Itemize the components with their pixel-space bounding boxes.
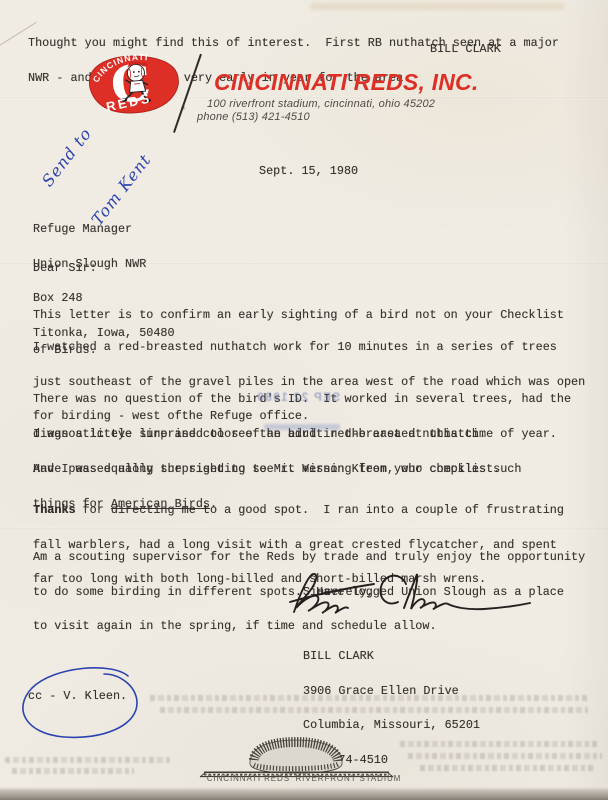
stamp-smudge: [264, 424, 340, 430]
scan-edge-bottom: [0, 787, 608, 800]
stadium-caption: CINCINNATI REDS' RIVERFRONT STADIUM: [204, 774, 404, 783]
sender-line: BILL CLARK: [303, 651, 480, 663]
handwritten-signature: [288, 566, 536, 624]
bleedthrough-text: [420, 765, 595, 771]
bleedthrough-text: [160, 707, 588, 713]
company-phone: phone (513) 421-4510: [197, 111, 310, 123]
reds-logo-icon: C CINCINNATI REDS ®: [82, 49, 187, 121]
scanned-letter-page: Thought you might find this of interest.…: [0, 0, 608, 800]
bleedthrough-text: [150, 695, 590, 701]
bleedthrough-text: [408, 753, 602, 759]
company-name: CINCINNATI REDS, INC.: [214, 69, 478, 96]
riverfront-stadium-icon: [194, 732, 399, 778]
bold-word: Thanks: [33, 503, 75, 517]
body-line: Have passed along the sighting to Mr. Ve…: [33, 464, 521, 476]
bleedthrough-text: [5, 757, 170, 763]
recipient-line: Refuge Manager: [33, 224, 175, 236]
body-line: Thanks for directing me to a good spot. …: [33, 505, 564, 517]
pen-circle-annotation: [16, 664, 152, 744]
sender-line: Columbia, Missouri, 65201: [303, 720, 480, 732]
bleedthrough-text: [12, 768, 134, 774]
body-line: I was a little surprised to see the bird…: [33, 429, 557, 441]
body-text: for directing me to a good spot. I ran i…: [75, 503, 563, 517]
letter-date: Sept. 15, 1980: [259, 166, 358, 178]
salutation: Dear Sir:: [33, 263, 97, 275]
body-line: Am a scouting supervisor for the Reds by…: [33, 552, 585, 564]
body-line: I watched a red-breasted nuthatch work f…: [33, 342, 585, 354]
bleedthrough-text: [400, 741, 600, 747]
top-note-author: BILL CLARK: [430, 44, 501, 56]
company-address: 100 riverfront stadium, cincinnati, ohio…: [207, 98, 435, 110]
scan-streak: [310, 3, 565, 10]
received-stamp-bleedthrough: SEP 22 1980: [256, 392, 340, 404]
